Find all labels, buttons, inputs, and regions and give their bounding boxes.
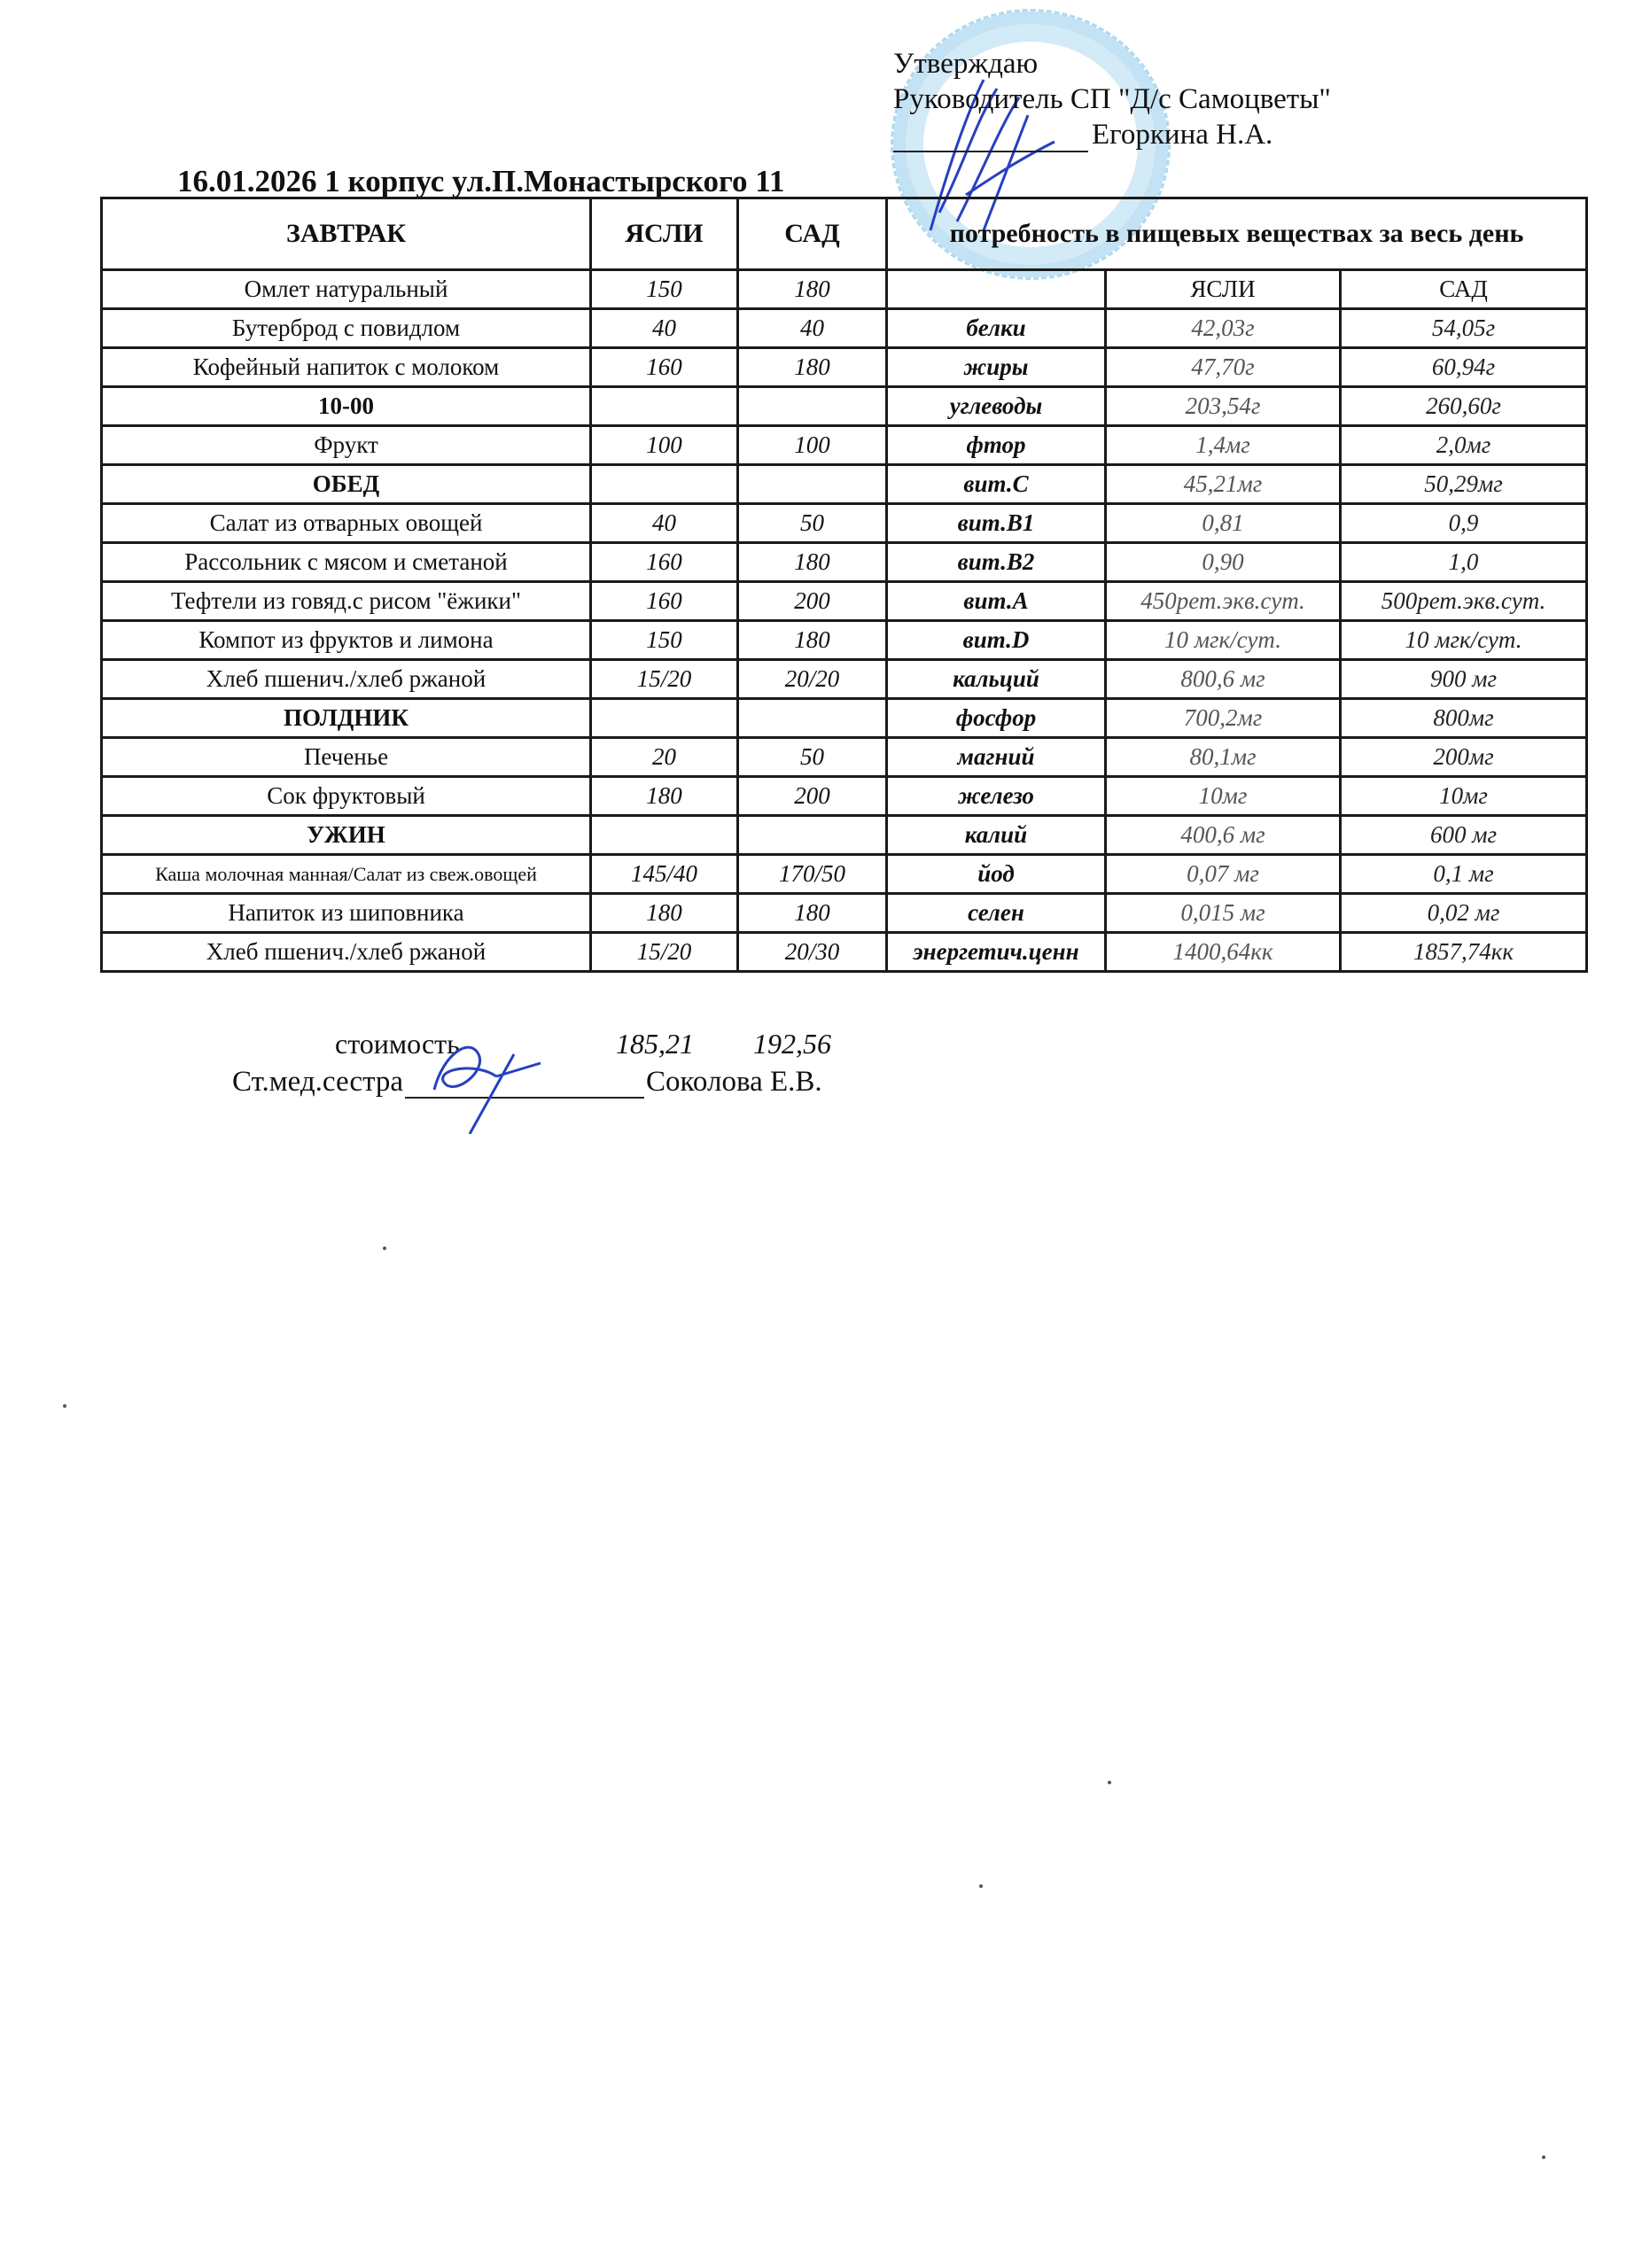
nutrient-garden-value: 800мг — [1341, 699, 1587, 738]
nutrient-name: вит.А — [887, 582, 1106, 621]
nutrient-garden-value: 500рет.экв.сут. — [1341, 582, 1587, 621]
nutrient-garden-value: 200мг — [1341, 738, 1587, 777]
nutrient-garden-value: 54,05г — [1341, 309, 1587, 348]
nutrient-garden-value: 260,60г — [1341, 387, 1587, 426]
nursery-portion — [591, 465, 738, 504]
garden-portion: 180 — [738, 621, 887, 660]
nursery-portion: 40 — [591, 309, 738, 348]
dish-name: Печенье — [102, 738, 591, 777]
nutrient-garden-value: 1,0 — [1341, 543, 1587, 582]
table-row: Рассольник с мясом и сметаной160180вит.В… — [102, 543, 1587, 582]
nutrient-subheader-garden: САД — [1341, 270, 1587, 309]
nursery-portion: 150 — [591, 270, 738, 309]
approver-name: Егоркина Н.А. — [1092, 119, 1273, 151]
table-row: Омлет натуральный150180ЯСЛИСАД — [102, 270, 1587, 309]
nutrient-garden-value: 0,9 — [1341, 504, 1587, 543]
table-row: Печенье2050магний80,1мг200мг — [102, 738, 1587, 777]
garden-portion: 200 — [738, 777, 887, 816]
table-row: Хлеб пшенич./хлеб ржаной15/2020/20кальци… — [102, 660, 1587, 699]
dish-name: ОБЕД — [102, 465, 591, 504]
garden-portion: 40 — [738, 309, 887, 348]
nursery-portion — [591, 699, 738, 738]
nutrient-subheader-nursery: ЯСЛИ — [1106, 270, 1341, 309]
nutrient-nursery-value: 700,2мг — [1106, 699, 1341, 738]
nutrient-name: энергетич.ценн — [887, 933, 1106, 972]
nutrient-garden-value: 600 мг — [1341, 816, 1587, 855]
table-row: ОБЕДвит.С45,21мг50,29мг — [102, 465, 1587, 504]
nutrient-garden-value: 10 мгк/сут. — [1341, 621, 1587, 660]
table-row: Компот из фруктов и лимона150180вит.D10 … — [102, 621, 1587, 660]
signature-line — [405, 1072, 644, 1099]
nursery-portion: 160 — [591, 543, 738, 582]
nurse-signoff: Ст.мед.сестраСоколова Е.В. — [232, 1066, 822, 1099]
garden-portion: 180 — [738, 270, 887, 309]
nutrient-nursery-value: 80,1мг — [1106, 738, 1341, 777]
dish-name: Хлеб пшенич./хлеб ржаной — [102, 933, 591, 972]
nursery-portion — [591, 387, 738, 426]
table-row: Сок фруктовый180200железо10мг10мг — [102, 777, 1587, 816]
nutrient-nursery-value: 42,03г — [1106, 309, 1341, 348]
nursery-portion: 100 — [591, 426, 738, 465]
nursery-portion: 15/20 — [591, 933, 738, 972]
nutrient-name: кальций — [887, 660, 1106, 699]
cost-label: стоимость — [335, 1028, 460, 1060]
nutrient-name: вит.В2 — [887, 543, 1106, 582]
garden-portion: 50 — [738, 738, 887, 777]
table-header-row: ЗАВТРАК ЯСЛИ САД потребность в пищевых в… — [102, 198, 1587, 270]
header-needs: потребность в пищевых веществах за весь … — [887, 198, 1587, 270]
dish-name: Напиток из шиповника — [102, 894, 591, 933]
nutrient-name: йод — [887, 855, 1106, 894]
nursery-portion: 145/40 — [591, 855, 738, 894]
header-meal: ЗАВТРАК — [102, 198, 591, 270]
nutrient-nursery-value: 0,90 — [1106, 543, 1341, 582]
nutrient-garden-value: 900 мг — [1341, 660, 1587, 699]
nutrient-nursery-value: 10 мгк/сут. — [1106, 621, 1341, 660]
garden-portion: 50 — [738, 504, 887, 543]
nutrient-nursery-value: 800,6 мг — [1106, 660, 1341, 699]
garden-portion: 170/50 — [738, 855, 887, 894]
header-nursery: ЯСЛИ — [591, 198, 738, 270]
nursery-portion — [591, 816, 738, 855]
nutrient-garden-value: 50,29мг — [1341, 465, 1587, 504]
garden-portion: 180 — [738, 894, 887, 933]
table-row: Салат из отварных овощей4050вит.В10,810,… — [102, 504, 1587, 543]
signature-line — [893, 124, 1088, 152]
garden-portion — [738, 465, 887, 504]
nursery-portion: 20 — [591, 738, 738, 777]
nutrient-name: углеводы — [887, 387, 1106, 426]
nutrient-name: калий — [887, 816, 1106, 855]
nutrient-name: вит.В1 — [887, 504, 1106, 543]
cost-garden: 192,56 — [753, 1028, 831, 1060]
nutrient-subheader-name — [887, 270, 1106, 309]
dish-name: Тефтели из говяд.с рисом "ёжики" — [102, 582, 591, 621]
cost-nursery: 185,21 — [616, 1028, 694, 1060]
dish-name: Рассольник с мясом и сметаной — [102, 543, 591, 582]
garden-portion: 100 — [738, 426, 887, 465]
table-row: Тефтели из говяд.с рисом "ёжики"160200ви… — [102, 582, 1587, 621]
dish-name: Каша молочная манная/Салат из свеж.овоще… — [102, 855, 591, 894]
nutrient-nursery-value: 0,07 мг — [1106, 855, 1341, 894]
garden-portion: 200 — [738, 582, 887, 621]
garden-portion — [738, 816, 887, 855]
nutrient-garden-value: 0,1 мг — [1341, 855, 1587, 894]
table-row: УЖИНкалий400,6 мг600 мг — [102, 816, 1587, 855]
nutrient-nursery-value: 450рет.экв.сут. — [1106, 582, 1341, 621]
page-title: 16.01.2026 1 корпус ул.П.Монастырского 1… — [177, 164, 784, 199]
nutrient-nursery-value: 1,4мг — [1106, 426, 1341, 465]
dish-name: Бутерброд с повидлом — [102, 309, 591, 348]
approval-position: Руководитель СП "Д/с Самоцветы" — [893, 82, 1331, 117]
garden-portion: 180 — [738, 543, 887, 582]
nutrient-nursery-value: 45,21мг — [1106, 465, 1341, 504]
nutrient-nursery-value: 400,6 мг — [1106, 816, 1341, 855]
table-row: Бутерброд с повидлом4040белки42,03г54,05… — [102, 309, 1587, 348]
dish-name: Салат из отварных овощей — [102, 504, 591, 543]
nurse-role: Ст.мед.сестра — [232, 1066, 403, 1098]
dish-name: ПОЛДНИК — [102, 699, 591, 738]
table-row: Каша молочная манная/Салат из свеж.овоще… — [102, 855, 1587, 894]
nutrient-name: вит.D — [887, 621, 1106, 660]
garden-portion: 20/20 — [738, 660, 887, 699]
nutrient-name: вит.С — [887, 465, 1106, 504]
menu-table: ЗАВТРАК ЯСЛИ САД потребность в пищевых в… — [100, 197, 1588, 973]
nutrient-garden-value: 10мг — [1341, 777, 1587, 816]
table-row: Напиток из шиповника180180селен0,015 мг0… — [102, 894, 1587, 933]
table-row: Хлеб пшенич./хлеб ржаной15/2020/30энерге… — [102, 933, 1587, 972]
nursery-portion: 160 — [591, 348, 738, 387]
nutrient-garden-value: 60,94г — [1341, 348, 1587, 387]
dish-name: Сок фруктовый — [102, 777, 591, 816]
garden-portion — [738, 699, 887, 738]
approval-block: Утверждаю Руководитель СП "Д/с Самоцветы… — [893, 46, 1331, 152]
nutrient-name: фосфор — [887, 699, 1106, 738]
nutrient-nursery-value: 0,81 — [1106, 504, 1341, 543]
approval-heading: Утверждаю — [893, 46, 1331, 82]
nutrient-name: селен — [887, 894, 1106, 933]
table-row: Фрукт100100фтор1,4мг2,0мг — [102, 426, 1587, 465]
nutrient-nursery-value: 0,015 мг — [1106, 894, 1341, 933]
garden-portion: 180 — [738, 348, 887, 387]
nutrient-name: жиры — [887, 348, 1106, 387]
nutrient-name: фтор — [887, 426, 1106, 465]
dish-name: Фрукт — [102, 426, 591, 465]
nutrient-nursery-value: 47,70г — [1106, 348, 1341, 387]
nutrient-nursery-value: 203,54г — [1106, 387, 1341, 426]
table-row: 10-00углеводы203,54г260,60г — [102, 387, 1587, 426]
nursery-portion: 180 — [591, 894, 738, 933]
dish-name: Омлет натуральный — [102, 270, 591, 309]
table-row: ПОЛДНИКфосфор700,2мг800мг — [102, 699, 1587, 738]
table-row: Кофейный напиток с молоком160180жиры47,7… — [102, 348, 1587, 387]
garden-portion: 20/30 — [738, 933, 887, 972]
dish-name: 10-00 — [102, 387, 591, 426]
nutrient-name: магний — [887, 738, 1106, 777]
nutrient-garden-value: 0,02 мг — [1341, 894, 1587, 933]
nursery-portion: 150 — [591, 621, 738, 660]
dish-name: Компот из фруктов и лимона — [102, 621, 591, 660]
nurse-name: Соколова Е.В. — [646, 1066, 822, 1098]
nutrient-name: железо — [887, 777, 1106, 816]
dish-name: Кофейный напиток с молоком — [102, 348, 591, 387]
nursery-portion: 160 — [591, 582, 738, 621]
garden-portion — [738, 387, 887, 426]
nursery-portion: 180 — [591, 777, 738, 816]
nutrient-garden-value: 2,0мг — [1341, 426, 1587, 465]
nursery-portion: 40 — [591, 504, 738, 543]
nutrient-nursery-value: 1400,64кк — [1106, 933, 1341, 972]
nutrient-name: белки — [887, 309, 1106, 348]
nutrient-nursery-value: 10мг — [1106, 777, 1341, 816]
nutrient-garden-value: 1857,74кк — [1341, 933, 1587, 972]
nursery-portion: 15/20 — [591, 660, 738, 699]
dish-name: Хлеб пшенич./хлеб ржаной — [102, 660, 591, 699]
dish-name: УЖИН — [102, 816, 591, 855]
header-garden: САД — [738, 198, 887, 270]
